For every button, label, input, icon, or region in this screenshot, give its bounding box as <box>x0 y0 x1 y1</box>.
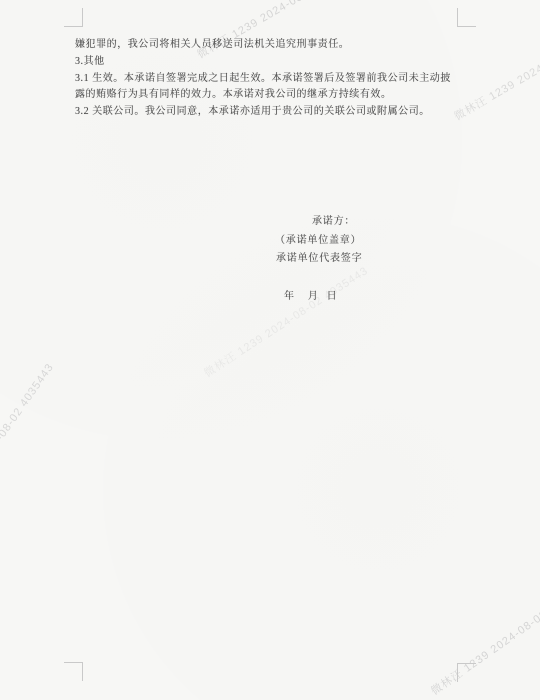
document-line: 3.其他 <box>75 54 467 71</box>
document-line: 露的贿赂行为具有同样的效力。本承诺对我公司的继承方持续有效。 <box>75 87 467 104</box>
document-page: 微林汪 1239 2024-08-02 4035443 微林汪 1239 202… <box>0 0 540 700</box>
document-line: 3.2 关联公司。我公司同意，本承诺亦适用于贵公司的关联公司或附属公司。 <box>75 104 467 121</box>
crop-mark-top-right <box>457 8 476 27</box>
crop-mark-bottom-left <box>64 662 83 681</box>
document-line: 嫌犯罪的，我公司将相关人员移送司法机关追究刑事责任。 <box>75 37 467 54</box>
crop-mark-bottom-right <box>457 663 476 682</box>
signature-party-label: 承诺方： <box>312 212 355 227</box>
watermark: 微林汪 1239 2024-08-02 4035443 <box>0 360 57 527</box>
document-body: 嫌犯罪的，我公司将相关人员移送司法机关追究刑事责任。 3.其他 3.1 生效。本… <box>75 37 467 121</box>
date-day-label: 日 <box>327 291 338 302</box>
watermark: 微林汪 1239 2024-08-02 4035443 <box>427 575 540 699</box>
signature-representative-label: 承诺单位代表签字 <box>276 249 362 264</box>
signature-seal-note: （承诺单位盖章） <box>275 231 361 246</box>
watermark: 微林汪 1239 2024-08-02 4035443 <box>201 262 371 380</box>
signature-date-line: 年月日 <box>284 287 337 302</box>
crop-mark-top-left <box>64 8 83 27</box>
date-year-label: 年 <box>284 291 295 302</box>
document-line: 3.1 生效。本承诺自签署完成之日起生效。本承诺签署后及签署前我公司未主动披 <box>75 71 467 88</box>
date-month-label: 月 <box>308 291 319 302</box>
